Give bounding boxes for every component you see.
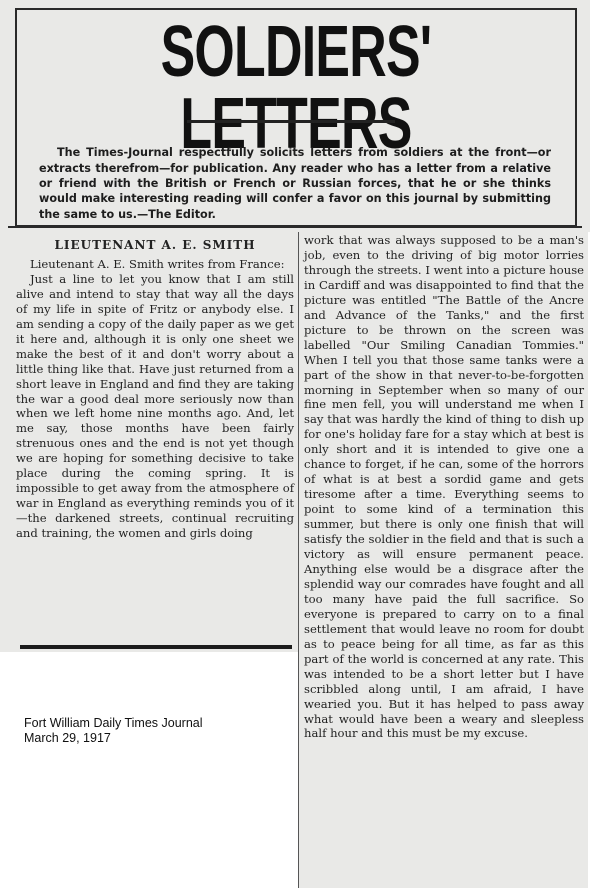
masthead-rule <box>187 120 395 123</box>
article-body-left: Just a line to let you know that I am st… <box>16 272 294 541</box>
article-body-right: work that was always supposed to be a ma… <box>304 233 584 741</box>
article-intro: Lieutenant A. E. Smith writes from Franc… <box>16 257 294 272</box>
masthead-title: SOLDIERS' LETTERS <box>95 16 497 160</box>
header-clipping: SOLDIERS' LETTERS The Times-Journal resp… <box>0 0 590 232</box>
article-byline: LIEUTENANT A. E. SMITH <box>16 238 294 253</box>
column-divider <box>298 232 299 888</box>
source-credit: Fort William Daily Times Journal March 2… <box>24 716 203 746</box>
article-right-column: work that was always supposed to be a ma… <box>304 233 584 741</box>
header-box: SOLDIERS' LETTERS The Times-Journal resp… <box>15 8 577 227</box>
article-end-rule <box>20 645 292 649</box>
source-publication: Fort William Daily Times Journal <box>24 716 203 731</box>
article-left-column: LIEUTENANT A. E. SMITH Lieutenant A. E. … <box>16 238 294 541</box>
source-date: March 29, 1917 <box>24 731 203 746</box>
editor-notice: The Times-Journal respectfully solicits … <box>39 145 551 222</box>
header-bottom-rule <box>8 226 582 228</box>
